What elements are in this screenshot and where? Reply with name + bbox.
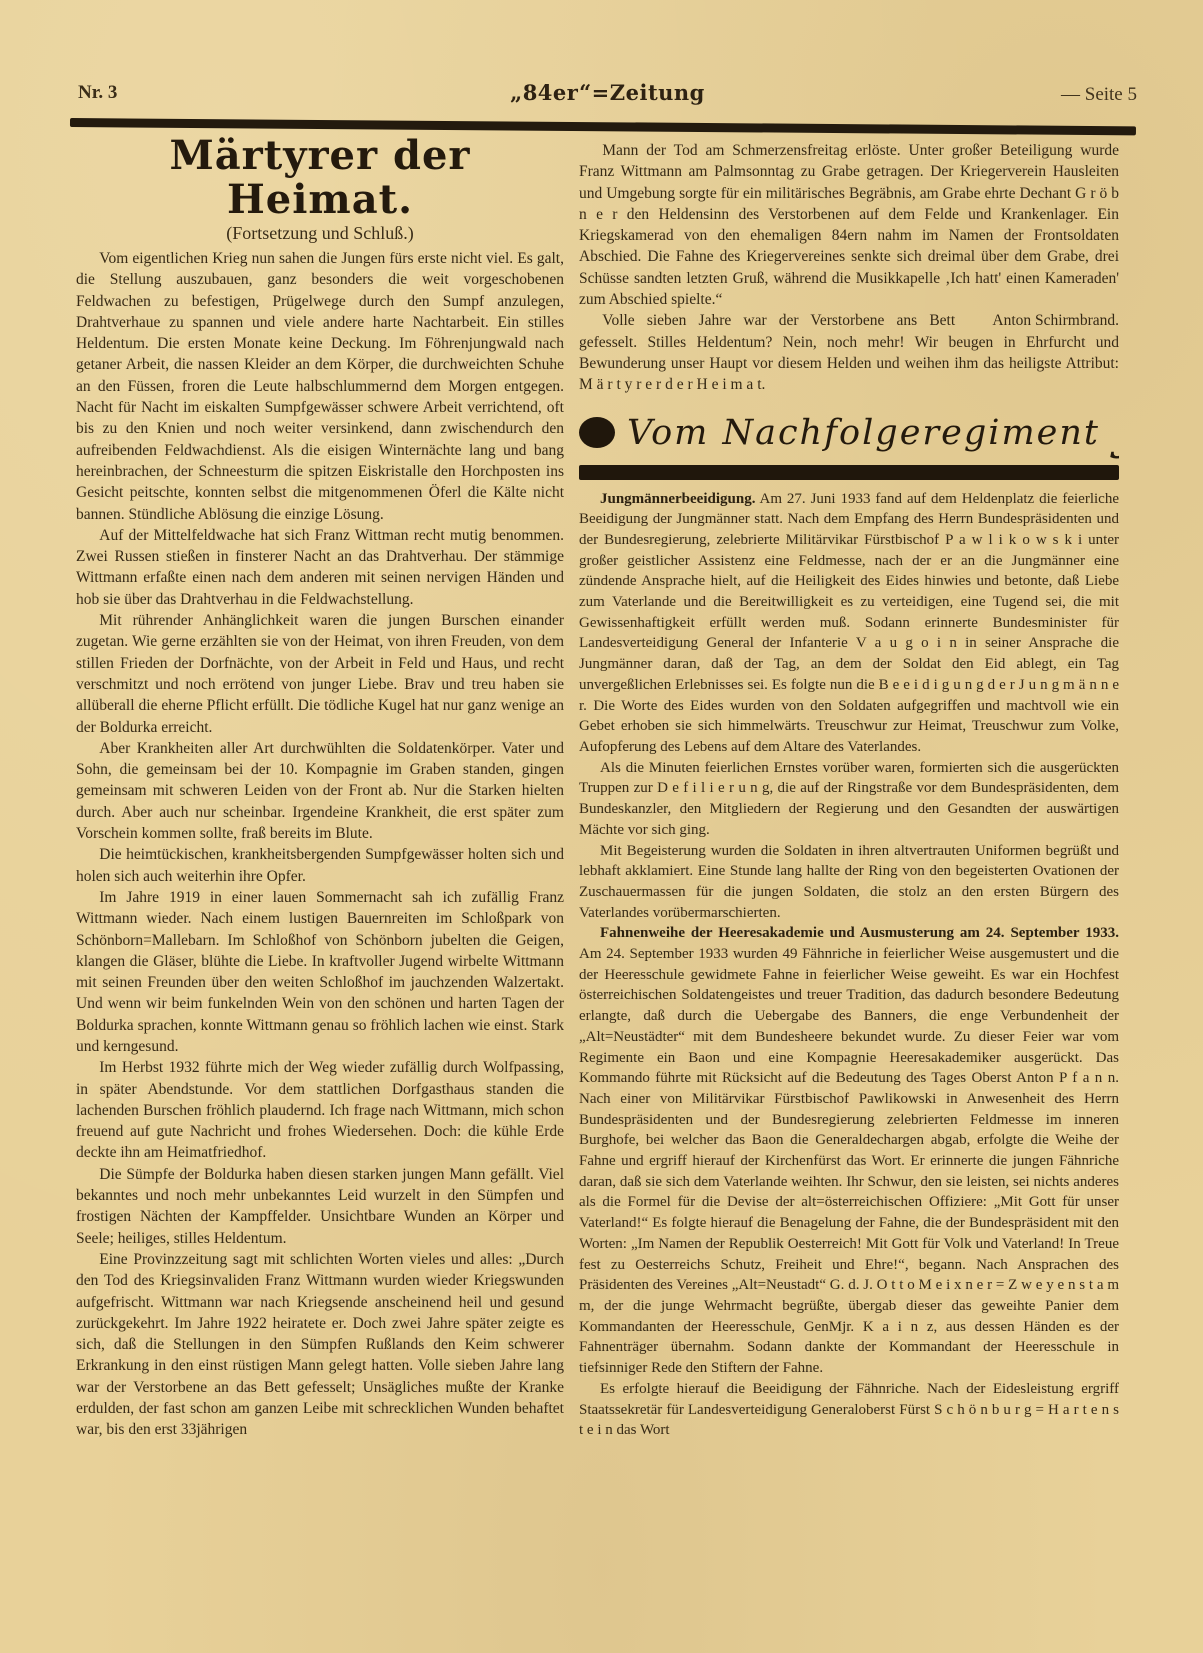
right-column-paragraphs: Mann der Tod am Schmerzensfreitag erlöst… [579,140,1119,310]
section-title: Vom Nachfolgeregiment [627,413,1100,453]
newspaper-page: { "header": { "issue_no": "Nr. 3", "mast… [0,0,1203,1653]
section-paragraphs: Jungmännerbeeidigung. Am 27. Juni 1933 f… [579,489,1119,1441]
paragraph: Vom eigentlichen Krieg nun sahen die Jun… [76,248,564,525]
paragraph-text: Es erfolgte hierauf die Beeidigung der F… [579,1381,1119,1438]
section-paragraph: Mit Begeisterung wurden die Soldaten in … [579,841,1119,924]
paragraph: Die heimtückischen, krankheitsbergenden … [76,844,564,887]
paragraph-lead: Fahnenweihe der Heeresakademie und Ausmu… [600,925,1119,941]
section-paragraph: Als die Minuten feierlichen Ernstes vorü… [579,758,1119,841]
article-signature: Anton Schirmbrand. [955,310,1119,331]
masthead-title: „84er“=Zeitung [78,80,1137,105]
paragraph: Aber Krankheiten aller Art durchwühlten … [76,738,564,844]
header-rule [70,118,1136,135]
paragraph-text: Als die Minuten feierlichen Ernstes vorü… [579,760,1119,838]
paragraph-text: Am 27. Juni 1933 fand auf dem Heldenplat… [579,491,1119,755]
paragraph-lead: Jungmännerbeeidigung. [600,491,755,507]
right-column: Mann der Tod am Schmerzensfreitag erlöst… [579,140,1119,1540]
bullet-icon [579,417,615,448]
section-paragraph: Jungmännerbeeidigung. Am 27. Juni 1933 f… [579,489,1119,758]
section-paragraph: Es erfolgte hierauf die Beeidigung der F… [579,1379,1119,1441]
article-title: Märtyrer der Heimat. [76,134,564,222]
paragraph: Mann der Tod am Schmerzensfreitag erlöst… [579,140,1119,310]
section-header: Vom Nachfolgeregiment J.R.5 [579,406,1119,460]
section-paragraph: Fahnenweihe der Heeresakademie und Ausmu… [579,923,1119,1378]
paragraph-text: Am 24. September 1933 wurden 49 Fähnrich… [579,946,1119,1376]
paragraph: Die Sümpfe der Boldurka haben diesen sta… [76,1164,564,1249]
paragraph: Mit rührender Anhänglichkeit waren die j… [76,610,564,738]
paragraph: Eine Provinzzeitung sagt mit schlichten … [76,1249,564,1441]
paragraph-text: Mit Begeisterung wurden die Soldaten in … [579,843,1119,921]
paragraph: Auf der Mittelfeldwache hat sich Franz W… [76,525,564,610]
paragraph: Im Jahre 1919 in einer lauen Sommernacht… [76,887,564,1057]
page-number: — Seite 5 [1061,84,1137,106]
masthead-row: Nr. 3 „84er“=Zeitung — Seite 5 [78,80,1137,106]
article-subtitle: (Fortsetzung und Schluß.) [76,222,564,244]
section-title-suffix: J.R.5 [1118,406,1119,460]
section-rule [579,465,1119,480]
left-column: Märtyrer der Heimat. (Fortsetzung und Sc… [76,134,564,1530]
closing-paragraph: Anton Schirmbrand. Volle sieben Jahre wa… [579,310,1119,395]
left-column-paragraphs: Vom eigentlichen Krieg nun sahen die Jun… [76,248,564,1441]
paragraph: Im Herbst 1932 führte mich der Weg wiede… [76,1057,564,1163]
